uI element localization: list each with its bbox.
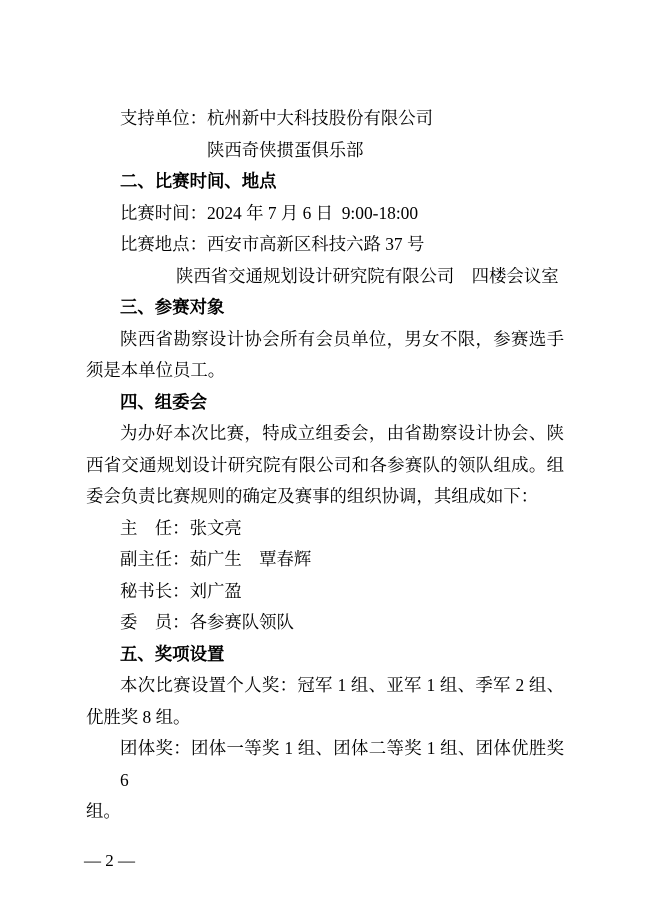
text-line: 副主任：茹广生 覃春辉 <box>86 544 564 576</box>
text-line: 团体奖：团体一等奖 1 组、团体二等奖 1 组、团体优胜奖 6 <box>86 733 564 796</box>
document-page: 支持单位：杭州新中大科技股份有限公司陕西奇侠掼蛋俱乐部二、比赛时间、地点比赛时间… <box>0 0 650 919</box>
text-line: 委 员：各参赛队领队 <box>86 607 564 639</box>
section-heading: 五、奖项设置 <box>86 639 564 671</box>
text-line: 陕西奇侠掼蛋俱乐部 <box>86 135 564 167</box>
document-body: 支持单位：杭州新中大科技股份有限公司陕西奇侠掼蛋俱乐部二、比赛时间、地点比赛时间… <box>86 103 564 828</box>
text-line: 陕西省勘察设计协会所有会员单位，男女不限，参赛选手 <box>86 324 564 356</box>
section-heading: 二、比赛时间、地点 <box>86 166 564 198</box>
text-line: 委会负责比赛规则的确定及赛事的组织协调，其组成如下： <box>86 481 564 513</box>
text-line: 主 任：张文亮 <box>86 513 564 545</box>
section-heading: 四、组委会 <box>86 387 564 419</box>
text-line: 秘书长：刘广盈 <box>86 576 564 608</box>
text-line: 本次比赛设置个人奖：冠军 1 组、亚军 1 组、季军 2 组、 <box>86 670 564 702</box>
text-line: 西省交通规划设计研究院有限公司和各参赛队的领队组成。组 <box>86 450 564 482</box>
page-number: — 2 — <box>84 849 135 873</box>
text-line: 比赛时间：2024 年 7 月 6 日 9:00-18:00 <box>86 198 564 230</box>
text-line: 陕西省交通规划设计研究院有限公司 四楼会议室 <box>86 261 564 293</box>
text-line: 比赛地点：西安市高新区科技六路 37 号 <box>86 229 564 261</box>
text-line: 须是本单位员工。 <box>86 355 564 387</box>
section-heading: 三、参赛对象 <box>86 292 564 324</box>
text-line: 为办好本次比赛，特成立组委会，由省勘察设计协会、陕 <box>86 418 564 450</box>
text-line: 支持单位：杭州新中大科技股份有限公司 <box>86 103 564 135</box>
text-line: 优胜奖 8 组。 <box>86 702 564 734</box>
text-line: 组。 <box>86 796 564 828</box>
